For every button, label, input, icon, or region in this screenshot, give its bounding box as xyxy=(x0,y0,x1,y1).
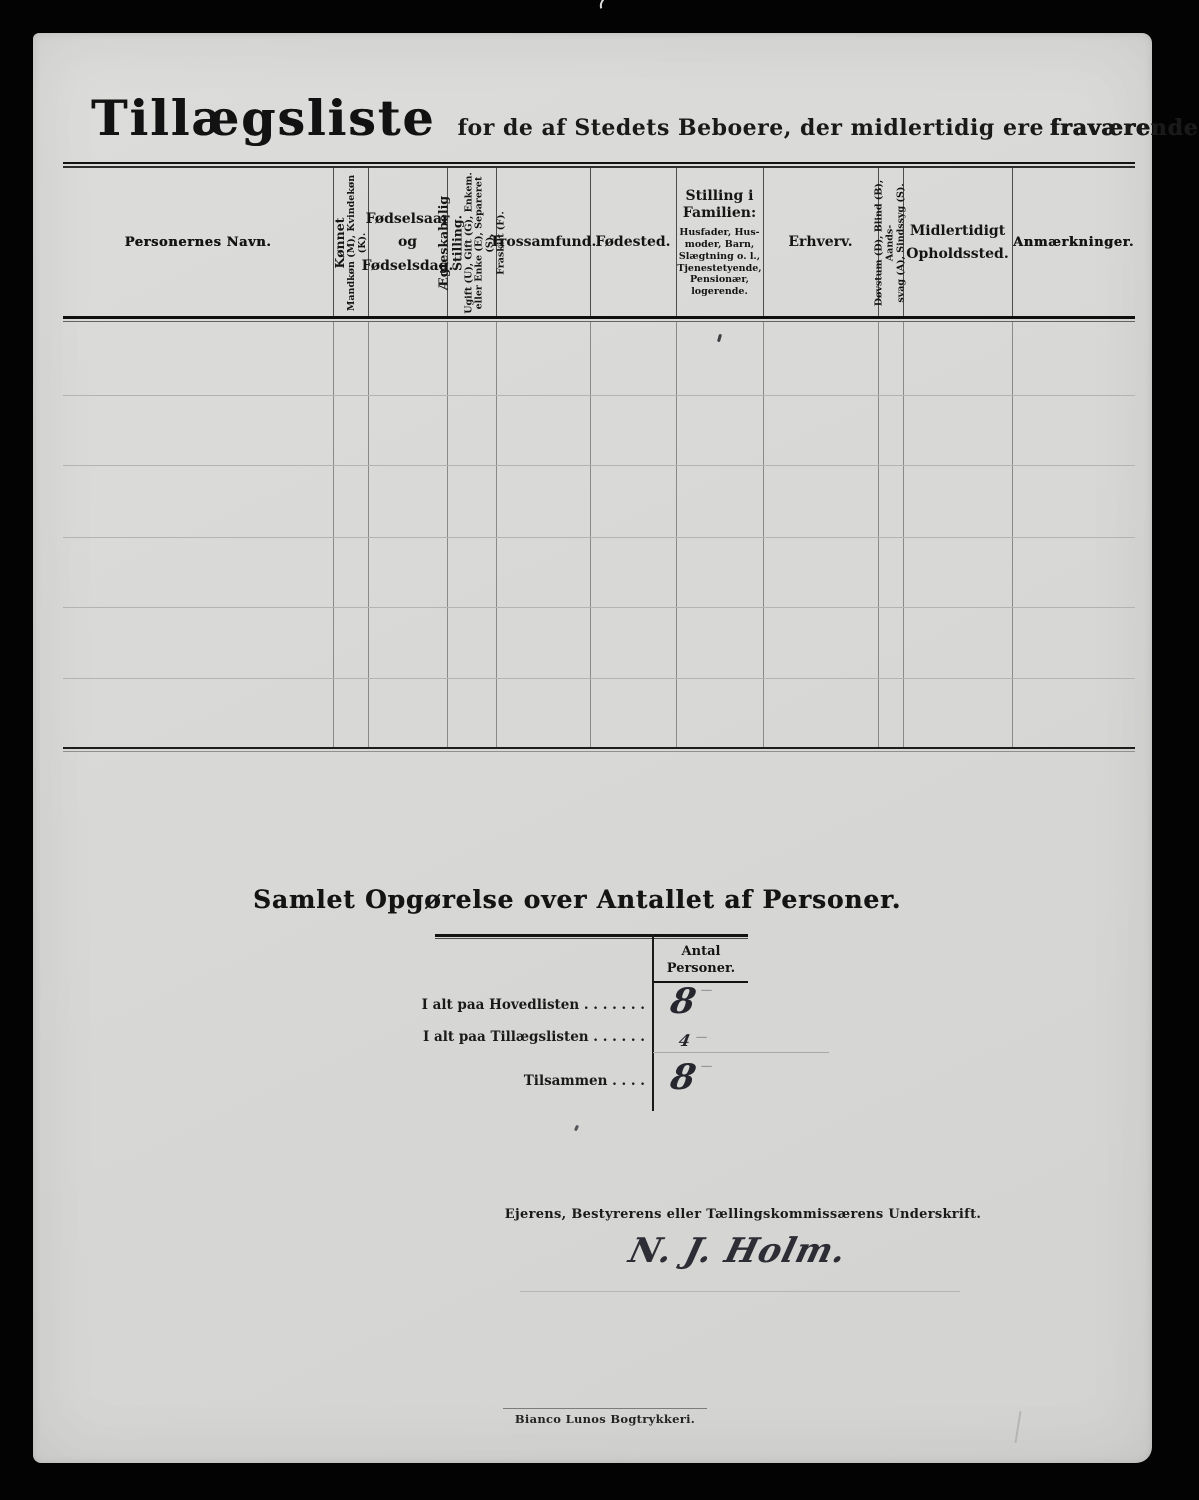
summary-row-label-hovedlisten: I alt paa Hovedlisten . . . . . . . xyxy=(333,997,645,1013)
summary-value-hovedlisten: 8– xyxy=(671,979,711,1022)
summary-top-rule-echo xyxy=(435,938,748,939)
scan-scratch xyxy=(1015,1411,1022,1443)
column-header-label: Personernes Navn. xyxy=(125,235,272,251)
summary-column-header: Antal Personer. xyxy=(654,944,748,978)
column-header-midlertidigt-opholdssted: Midlertidigt Opholdssted. xyxy=(903,170,1012,316)
table-header-bottom-rule-echo xyxy=(63,321,1135,322)
column-header-anmaerkninger: Anmærkninger. xyxy=(1012,170,1135,316)
summary-sum-line xyxy=(653,1052,829,1053)
table-bottom-rule-echo xyxy=(63,751,1135,752)
column-header-doevstum-blind: Døvstum (D), Blind (B), Aands- svag (A),… xyxy=(878,170,903,316)
census-form-page: Tillægsliste for de af Stedets Beboere, … xyxy=(33,33,1152,1463)
empty-row-line xyxy=(63,465,1135,466)
grid-line xyxy=(333,322,334,747)
summary-row-label-tilsammen: Tilsammen . . . . xyxy=(333,1073,645,1089)
ink-speck xyxy=(574,1125,579,1132)
summary-value-tillaegslisten: 4– xyxy=(679,1026,706,1050)
summary-value-tilsammen: 8– xyxy=(671,1055,711,1098)
empty-row-line xyxy=(63,607,1135,608)
summary-top-rule xyxy=(435,934,748,937)
grid-line xyxy=(590,322,591,747)
table-top-rule-echo xyxy=(63,166,1135,168)
grid-line xyxy=(368,322,369,747)
form-title-row: Tillægsliste for de af Stedets Beboere, … xyxy=(91,89,1101,147)
grid-line xyxy=(496,322,497,747)
form-subtitle-emphasis: fraværende. xyxy=(1050,115,1199,141)
table-top-rule xyxy=(63,162,1135,164)
ink-mark xyxy=(717,334,722,343)
empty-row-line xyxy=(63,395,1135,396)
grid-line xyxy=(1012,322,1013,747)
handwritten-signature: N. J. Holm. xyxy=(573,1231,903,1271)
grid-line xyxy=(447,322,448,747)
scanned-census-form: { "header": { "title": "Tillægsliste", "… xyxy=(0,0,1199,1500)
column-header-trossamfund: Trossamfund. xyxy=(496,170,590,316)
signature-caption: Ejerens, Bestyrerens eller Tællingskommi… xyxy=(433,1207,1053,1222)
table-bottom-rule xyxy=(63,747,1135,749)
column-header-personernes-navn: Personernes Navn. xyxy=(63,170,333,316)
supplement-persons-table: Personernes Navn. Kønnet Mandkøn (M), Kv… xyxy=(63,162,1135,756)
form-subtitle: for de af Stedets Beboere, der midlertid… xyxy=(458,115,1199,141)
summary-row-label-tillaegslisten: I alt paa Tillægslisten . . . . . . xyxy=(333,1029,645,1045)
form-title: Tillægsliste xyxy=(91,89,436,147)
column-header-foedested: Fødested. xyxy=(590,170,676,316)
signature-line xyxy=(520,1291,960,1292)
empty-row-line xyxy=(63,537,1135,538)
printer-imprint: Bianco Lunos Bogtrykkeri. xyxy=(463,1412,747,1426)
grid-line xyxy=(903,322,904,747)
grid-line xyxy=(763,322,764,747)
column-header-erhverv: Erhverv. xyxy=(763,170,878,316)
grid-line xyxy=(878,322,879,747)
form-subtitle-text: for de af Stedets Beboere, der midlertid… xyxy=(458,115,1044,141)
table-header-bottom-rule xyxy=(63,316,1135,319)
scan-artifact-arc xyxy=(597,0,619,16)
column-header-stilling-i-familien: Stilling i Familien: Husfader, Hus- mode… xyxy=(676,170,763,316)
grid-line xyxy=(676,322,677,747)
summary-heading: Samlet Opgørelse over Antallet af Person… xyxy=(253,885,833,914)
printer-rule xyxy=(503,1408,707,1409)
vertical-header-text: Døvstum (D), Blind (B), Aands- svag (A),… xyxy=(874,168,907,318)
empty-row-line xyxy=(63,678,1135,679)
